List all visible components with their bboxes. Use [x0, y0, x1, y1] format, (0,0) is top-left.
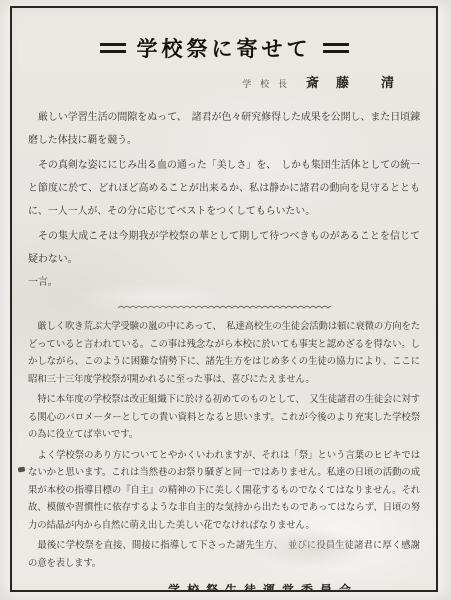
- principal-message: 厳しい学習生活の間隙をぬって、 諸君が色々研究修得した成果を公開し、また日頃錬磨…: [28, 106, 420, 294]
- section-divider: [28, 303, 420, 311]
- byline-name: 斎 藤 清: [306, 72, 396, 91]
- page-title: 学校祭に寄せて: [28, 33, 420, 63]
- ink-blot: [18, 467, 26, 473]
- byline-role: 学 校 長: [242, 77, 290, 90]
- paragraph: その真剣な姿ににじみ出る血の通った「美しさ」を、 しかも集団生活体としての統一と…: [28, 154, 420, 223]
- paragraph: 厳しく吹き荒ぶ大学受験の嵐の中にあって、 私達高校生の生徒会活動は頓に衰微の方向…: [28, 318, 420, 388]
- paragraph: よく学校祭のあり方についてとやかくいわれますが、それは「祭」という言葉のヒビキで…: [28, 447, 420, 535]
- page-border-frame: 学校祭に寄せて 学 校 長 斎 藤 清 厳しい学習生活の間隙をぬって、 諸君が色…: [10, 6, 438, 592]
- double-bar-right-icon: [323, 43, 349, 53]
- scanned-page: 学校祭に寄せて 学 校 長 斎 藤 清 厳しい学習生活の間隙をぬって、 諸君が色…: [0, 0, 451, 600]
- paragraph: 最後に学校祭を直接、間接に指導して下さった諸先生方、 並びに役員生徒諸君に厚く感…: [28, 537, 420, 572]
- wavy-divider-path: [118, 306, 331, 308]
- wavy-divider-icon: [117, 303, 331, 311]
- signature: 学校祭生徒運営委員会: [28, 581, 420, 592]
- byline: 学 校 長 斎 藤 清: [28, 72, 420, 91]
- double-bar-left-icon: [100, 43, 126, 53]
- paragraph: その集大成こそは今期我が学校祭の華として期して待つべきものがあることを信じて疑わ…: [28, 225, 420, 294]
- paragraph: 特に本年度の学校祭は改正組織下に於ける初めてのものとして、 又生徒諸君の生徒会に…: [28, 391, 420, 444]
- page-title-text: 学校祭に寄せて: [137, 33, 312, 63]
- committee-message: 厳しく吹き荒ぶ大学受験の嵐の中にあって、 私達高校生の生徒会活動は頓に衰微の方向…: [28, 318, 420, 572]
- paragraph: 厳しい学習生活の間隙をぬって、 諸君が色々研究修得した成果を公開し、また日頃錬磨…: [28, 106, 420, 152]
